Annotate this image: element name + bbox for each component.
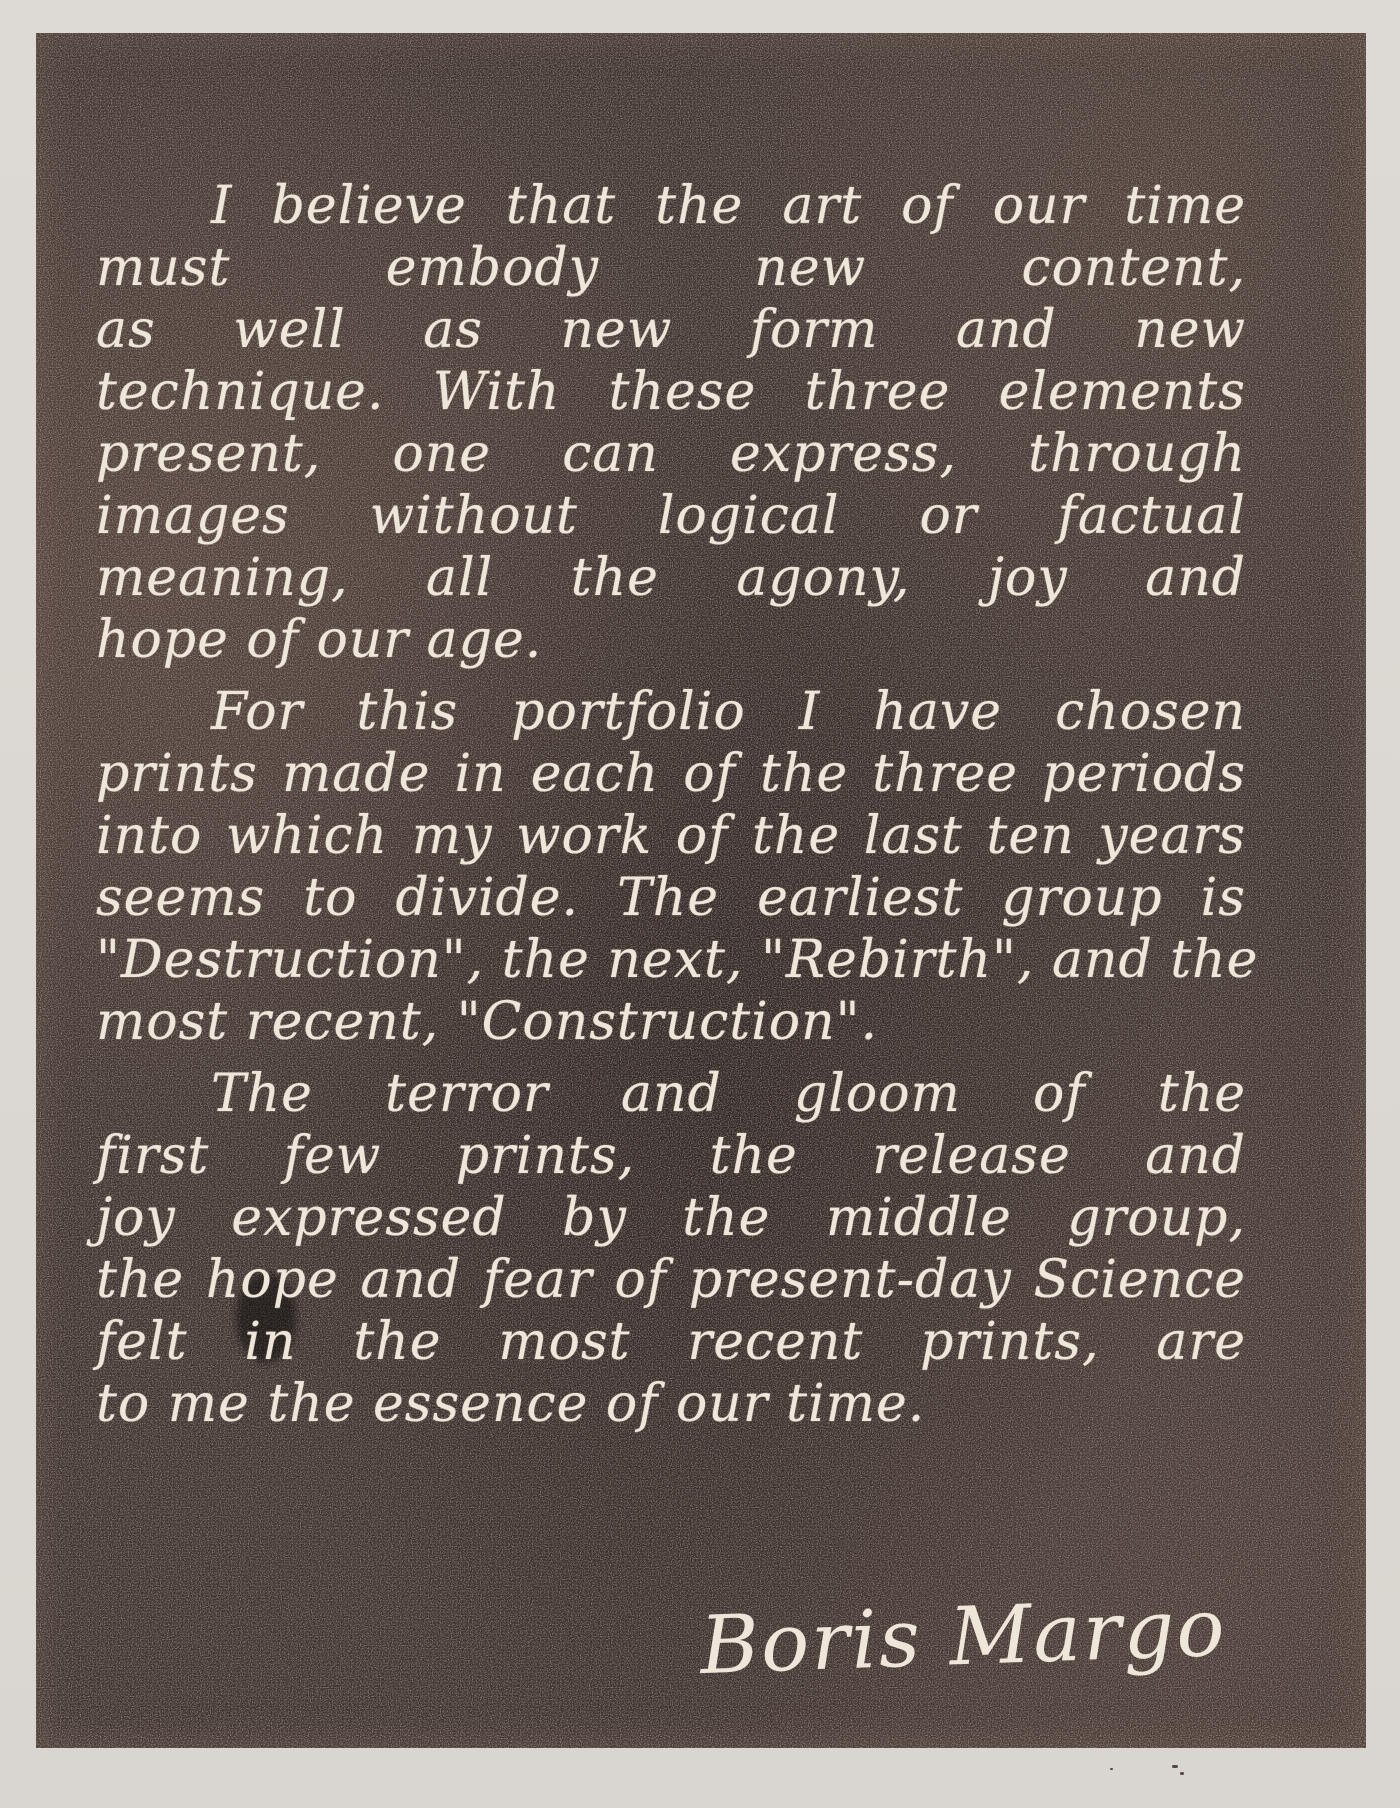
text-line: meaning, all the agony, joy and [96, 547, 1246, 609]
text-line: the hope and fear of present-day Science [96, 1249, 1246, 1311]
text-line: prints made in each of the three periods [96, 743, 1246, 805]
text-line: images without logical or factual [96, 485, 1246, 547]
ink-speck [1110, 1768, 1113, 1770]
text-line: as well as new form and new [96, 299, 1246, 361]
text-line: must embody new content, [96, 237, 1246, 299]
artist-signature: Boris Margo [699, 1581, 1228, 1692]
ink-speck [1180, 1772, 1184, 1775]
paragraph-2: For this portfolio I have chosen prints … [96, 681, 1246, 1053]
text-line: present, one can express, through [96, 423, 1246, 485]
text-line: For this portfolio I have chosen [96, 681, 1246, 743]
text-line: joy expressed by the middle group, [96, 1187, 1246, 1249]
text-line: most recent, "Construction". [96, 991, 1246, 1053]
text-line: hope of our age. [96, 609, 1246, 671]
ink-speck [1172, 1765, 1178, 1768]
text-line: felt in the most recent prints, are [96, 1311, 1246, 1373]
paragraph-3: The terror and gloom of the first few pr… [96, 1063, 1246, 1435]
text-line: "Destruction", the next, "Rebirth", and … [96, 929, 1246, 991]
paper-sheet: I believe that the art of our time must … [0, 0, 1400, 1808]
text-line: I believe that the art of our time [96, 175, 1246, 237]
text-line: The terror and gloom of the [96, 1063, 1246, 1125]
handwritten-statement: I believe that the art of our time must … [96, 175, 1246, 1445]
text-line: to me the essence of our time. [96, 1373, 1246, 1435]
text-line: into which my work of the last ten years [96, 805, 1246, 867]
text-line: first few prints, the release and [96, 1125, 1246, 1187]
text-line: seems to divide. The earliest group is [96, 867, 1246, 929]
paragraph-1: I believe that the art of our time must … [96, 175, 1246, 671]
text-line: technique. With these three elements [96, 361, 1246, 423]
